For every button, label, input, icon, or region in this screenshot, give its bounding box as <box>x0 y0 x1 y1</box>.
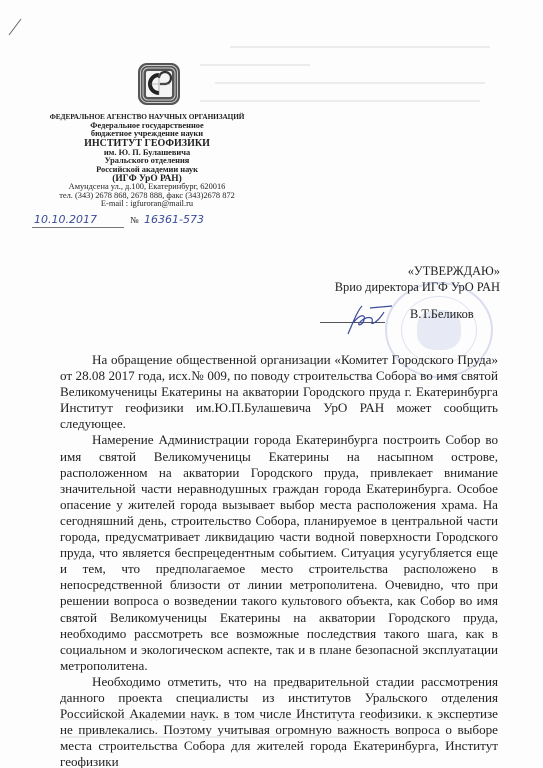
bleed-through-line <box>215 82 485 84</box>
institute-logo <box>137 62 181 106</box>
bleed-through-line <box>230 46 490 48</box>
email: E-mail : igfuroran@mail.ru <box>22 200 272 209</box>
registration-line: 10.10.2017 № 16361-573 <box>30 213 210 231</box>
bleed-through-line <box>200 64 310 66</box>
signature-icon <box>340 300 400 340</box>
letter-body: На обращение общественной организации «К… <box>60 352 498 768</box>
bleed-through-line <box>200 100 480 102</box>
approval-title: «УТВЕРЖДАЮ» <box>320 263 500 279</box>
approver-position: Врио директора ИГФ УрО РАН <box>320 279 500 295</box>
paragraph: Необходимо отметить, что на предваритель… <box>60 674 498 768</box>
signer-name: В.Т.Беликов <box>410 307 474 322</box>
paragraph: Намерение Администрации города Екатеринб… <box>60 432 498 673</box>
bleed-through-line <box>60 736 440 738</box>
registration-date: 10.10.2017 <box>32 213 124 228</box>
bleed-through-line <box>60 718 480 720</box>
approval-block: «УТВЕРЖДАЮ» Врио директора ИГФ УрО РАН <box>320 263 500 295</box>
registration-number: 16361-573 <box>144 213 204 227</box>
paragraph: На обращение общественной организации «К… <box>60 352 498 432</box>
letterhead: ФЕДЕРАЛЬНОЕ АГЕНСТВО НАУЧНЫХ ОРГАНИЗАЦИЙ… <box>22 113 272 209</box>
number-sign: № <box>130 215 139 225</box>
pencil-mark <box>8 18 22 36</box>
